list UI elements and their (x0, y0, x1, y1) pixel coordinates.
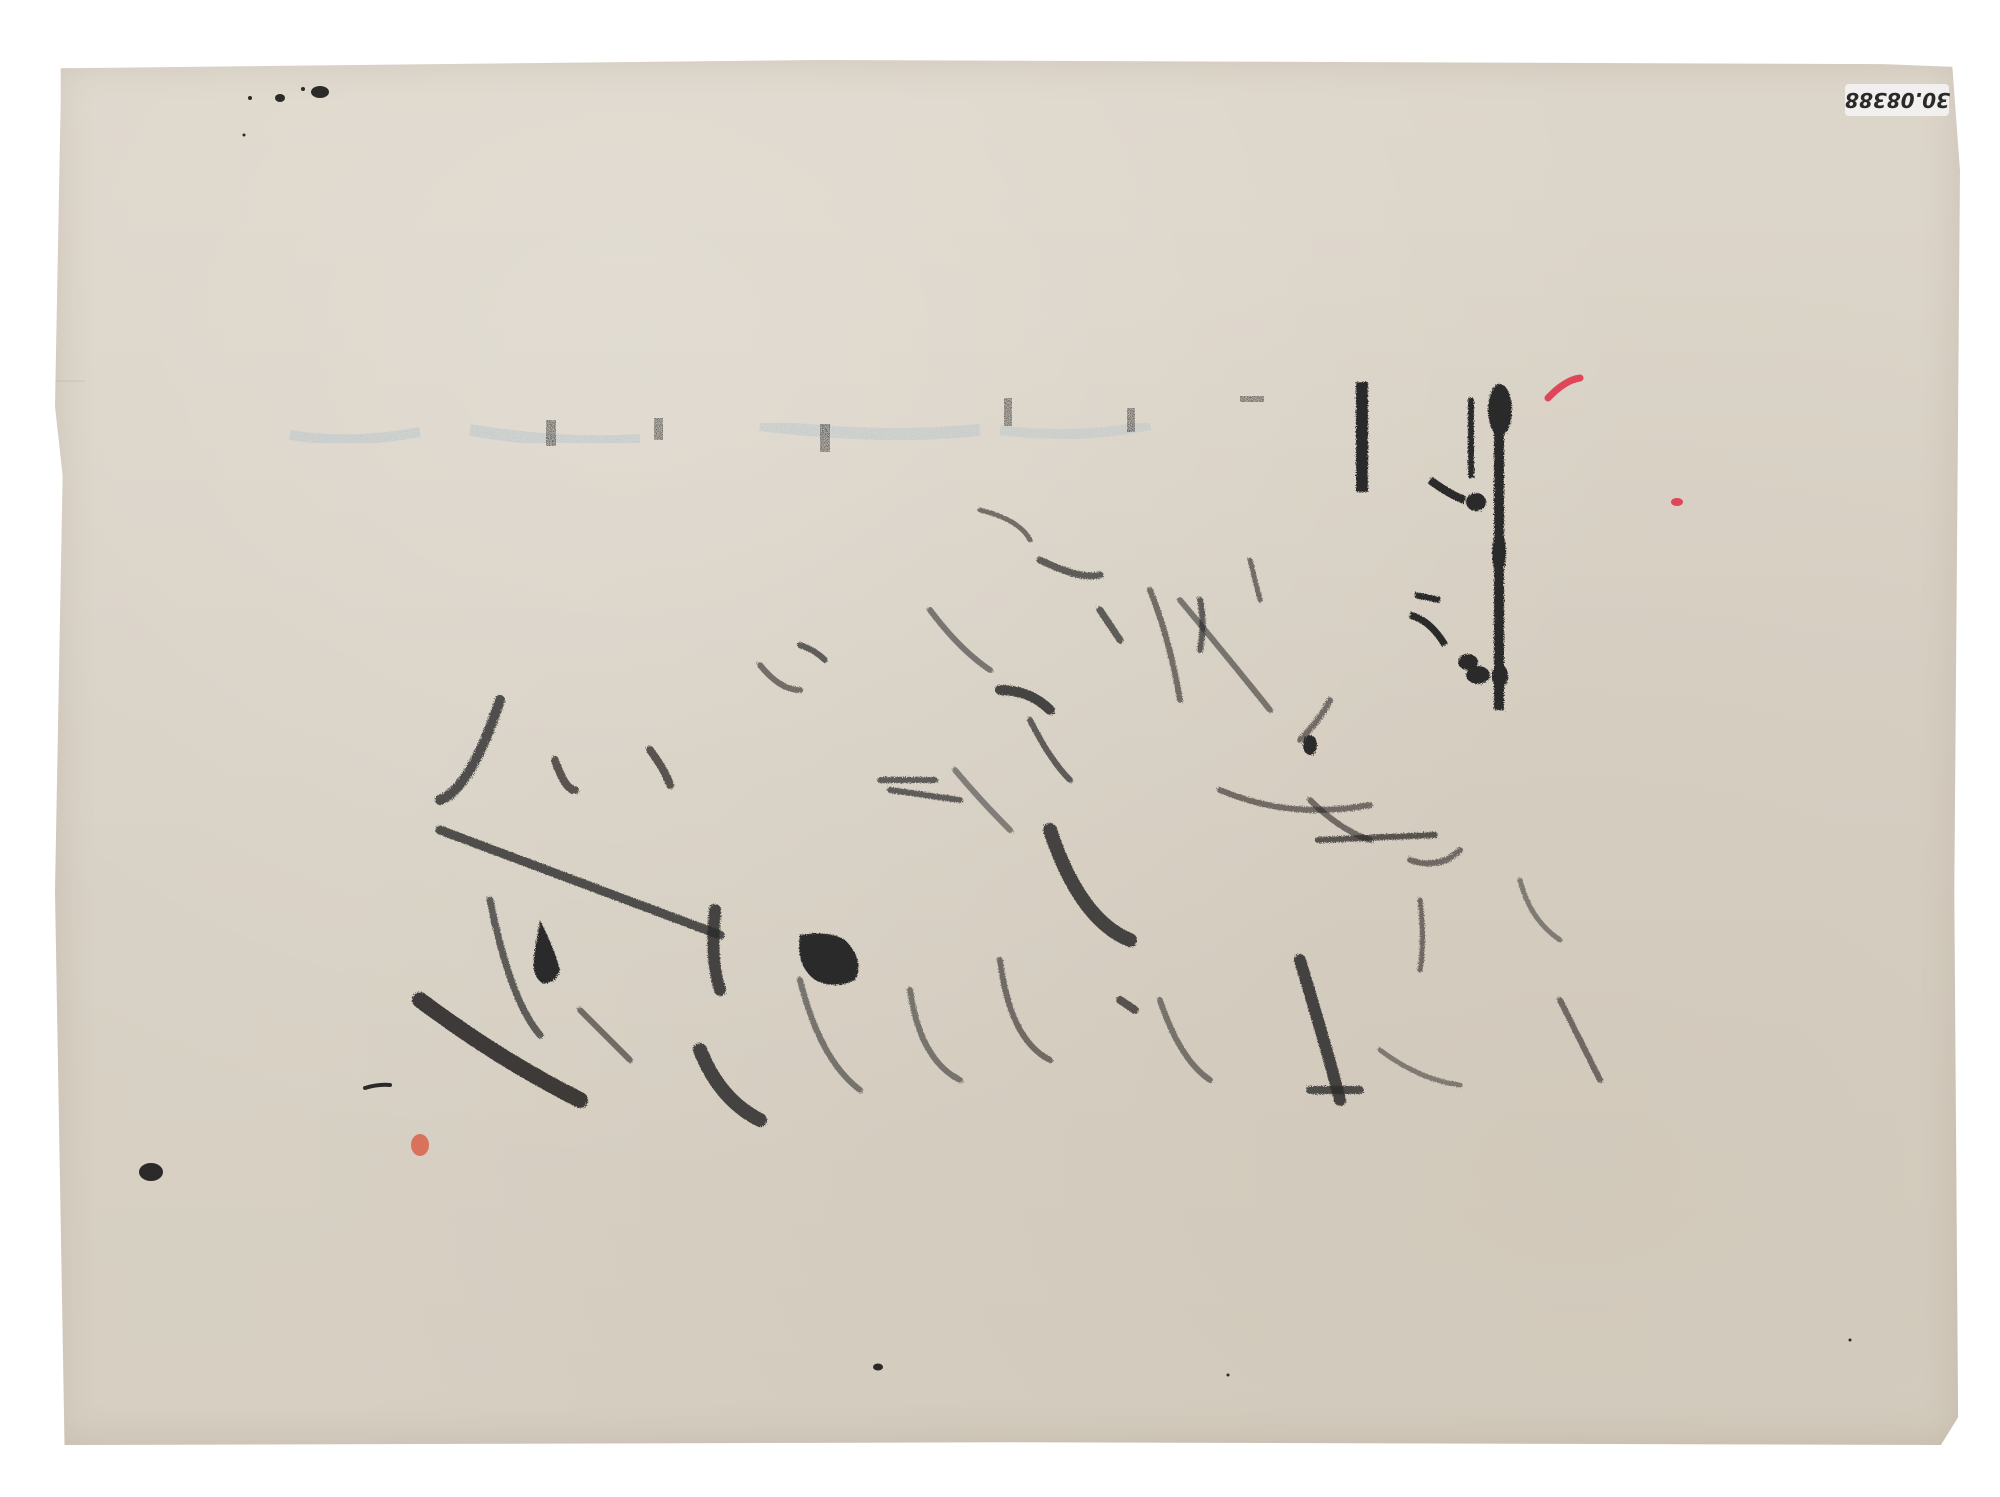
red-stroke-top-right (1548, 378, 1580, 398)
vertical-column-right (1356, 382, 1512, 710)
dotted-black-line (546, 396, 1264, 452)
ink-dot-bottom (873, 1364, 883, 1371)
ink-bleed-through (0, 0, 2000, 1497)
red-stain-bottom-left (411, 1134, 429, 1156)
ink-dash-left (365, 1085, 390, 1088)
top-left-ink-spots (243, 86, 330, 137)
small-dots (139, 1085, 1852, 1377)
ink-dot-left (139, 1163, 163, 1181)
faded-blue-line (290, 425, 1150, 441)
main-script-block (420, 510, 1600, 1120)
red-dot-right (1671, 498, 1683, 506)
